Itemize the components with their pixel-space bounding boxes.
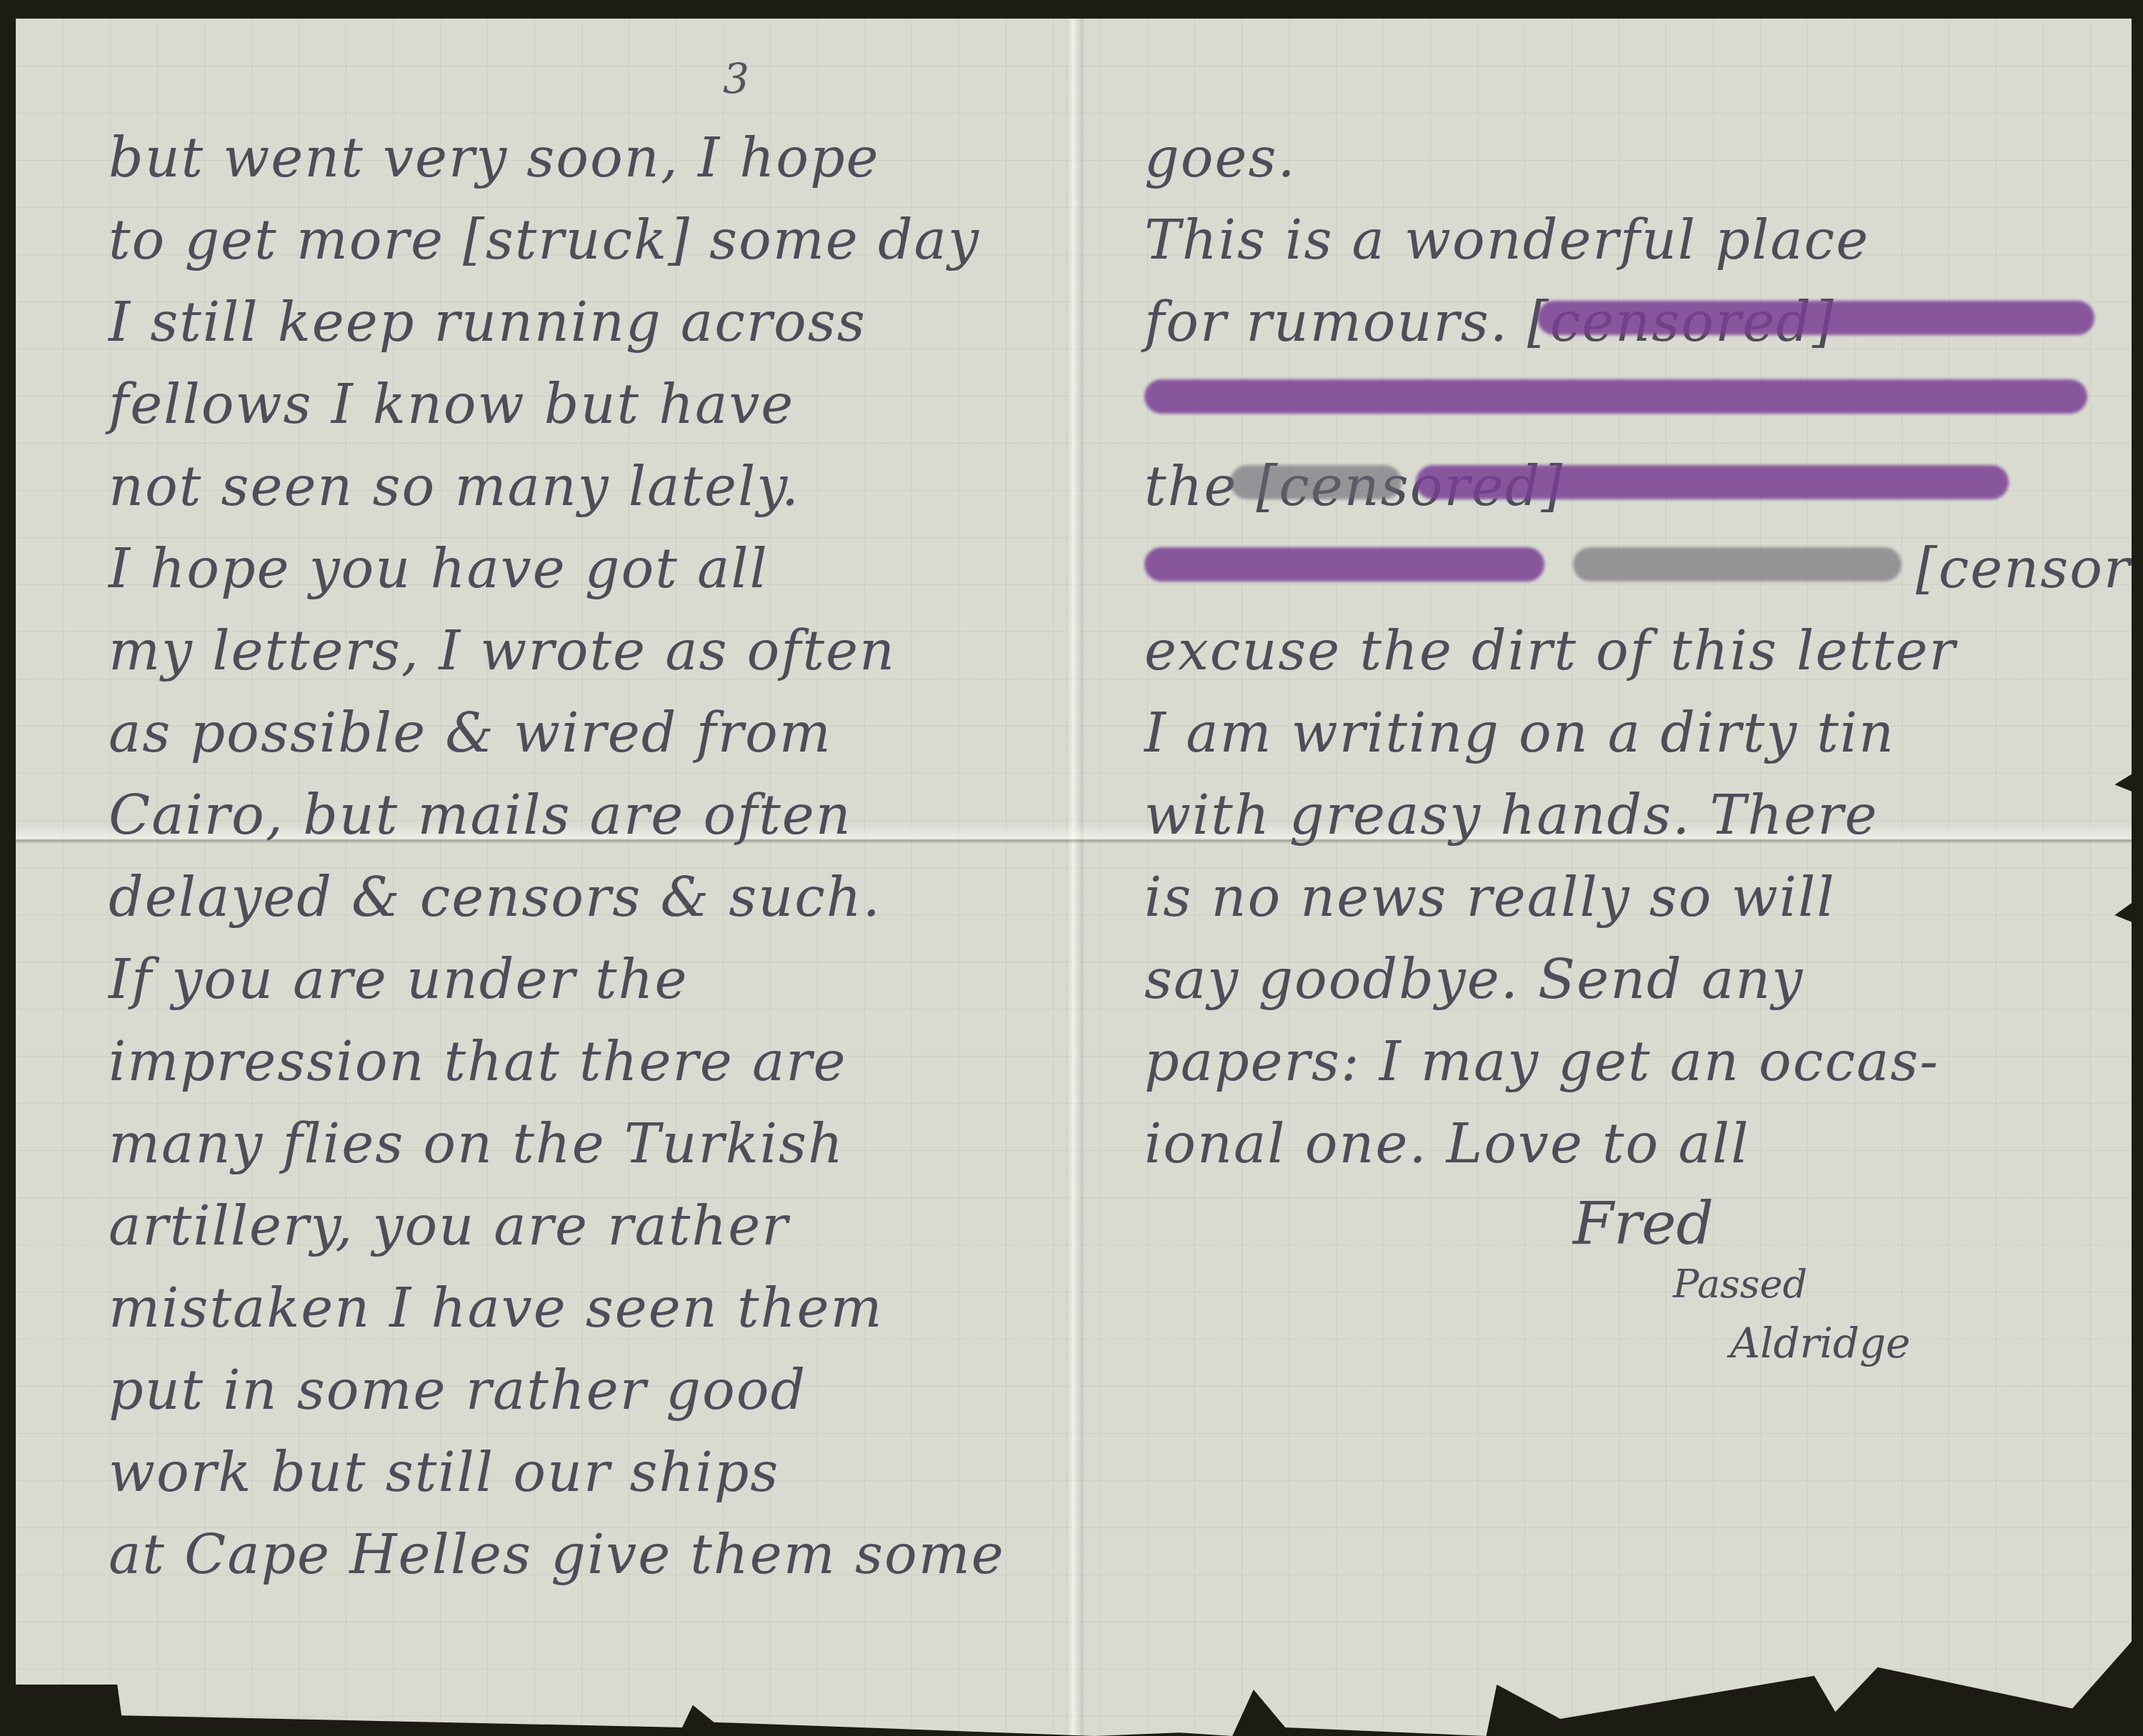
text-line: delayed & censors & such. <box>109 865 881 929</box>
text-line: If you are under the <box>109 947 688 1012</box>
signature-fred: Fred <box>1573 1190 1714 1258</box>
text-line: mistaken I have seen them <box>109 1276 883 1340</box>
text-line: is no news really so will <box>1144 865 1836 929</box>
censor-redaction <box>1573 547 1902 582</box>
censor-redaction <box>1416 465 2009 499</box>
text-line: Cairo, but mails are often <box>109 783 852 847</box>
censor-passed-label: Passed <box>1673 1262 1807 1307</box>
text-line: but went very soon, I hope <box>109 126 880 190</box>
text-line: artillery, you are rather <box>109 1194 789 1258</box>
censor-signature: Aldridge <box>1730 1319 1910 1367</box>
censor-redaction <box>1144 379 2087 414</box>
letter-sheet: 3 but went very soon, I hope to get more… <box>16 19 2132 1736</box>
text-line: many flies on the Turkish <box>109 1112 844 1176</box>
text-line: my letters, I wrote as often <box>109 619 896 683</box>
page-number-mark: 3 <box>723 54 749 103</box>
text-line: I still keep running across <box>109 290 866 354</box>
censor-redaction <box>1537 301 2094 335</box>
text-line: I am writing on a dirty tin <box>1144 701 1895 765</box>
text-line: not seen so many lately. <box>109 454 800 519</box>
text-line: ional one. Love to all <box>1144 1112 1749 1176</box>
text-line: impression that there are <box>109 1029 847 1094</box>
text-line: I hope you have got all <box>109 537 769 601</box>
text-line: goes. <box>1144 126 1297 190</box>
censor-redaction <box>1144 547 1544 582</box>
text-line: put in some rather good <box>109 1358 806 1422</box>
text-line: work but still our ships <box>109 1440 779 1505</box>
censor-redaction <box>1230 465 1402 499</box>
text-line: This is a wonderful place <box>1144 208 1869 272</box>
text-line: fellows I know but have <box>109 372 794 437</box>
text-line: to get more [struck] some day <box>109 208 980 272</box>
text-line: say goodbye. Send any <box>1144 947 1804 1012</box>
text-line: [censored] . Please <box>1916 537 2143 601</box>
text-line: with greasy hands. There <box>1144 783 1878 847</box>
text-line: papers: I may get an occas- <box>1144 1029 1939 1094</box>
text-line: as possible & wired from <box>109 701 832 765</box>
text-line: at Cape Helles give them some <box>109 1522 1005 1587</box>
vertical-fold <box>1066 19 1084 1736</box>
text-line: excuse the dirt of this letter <box>1144 619 1957 683</box>
